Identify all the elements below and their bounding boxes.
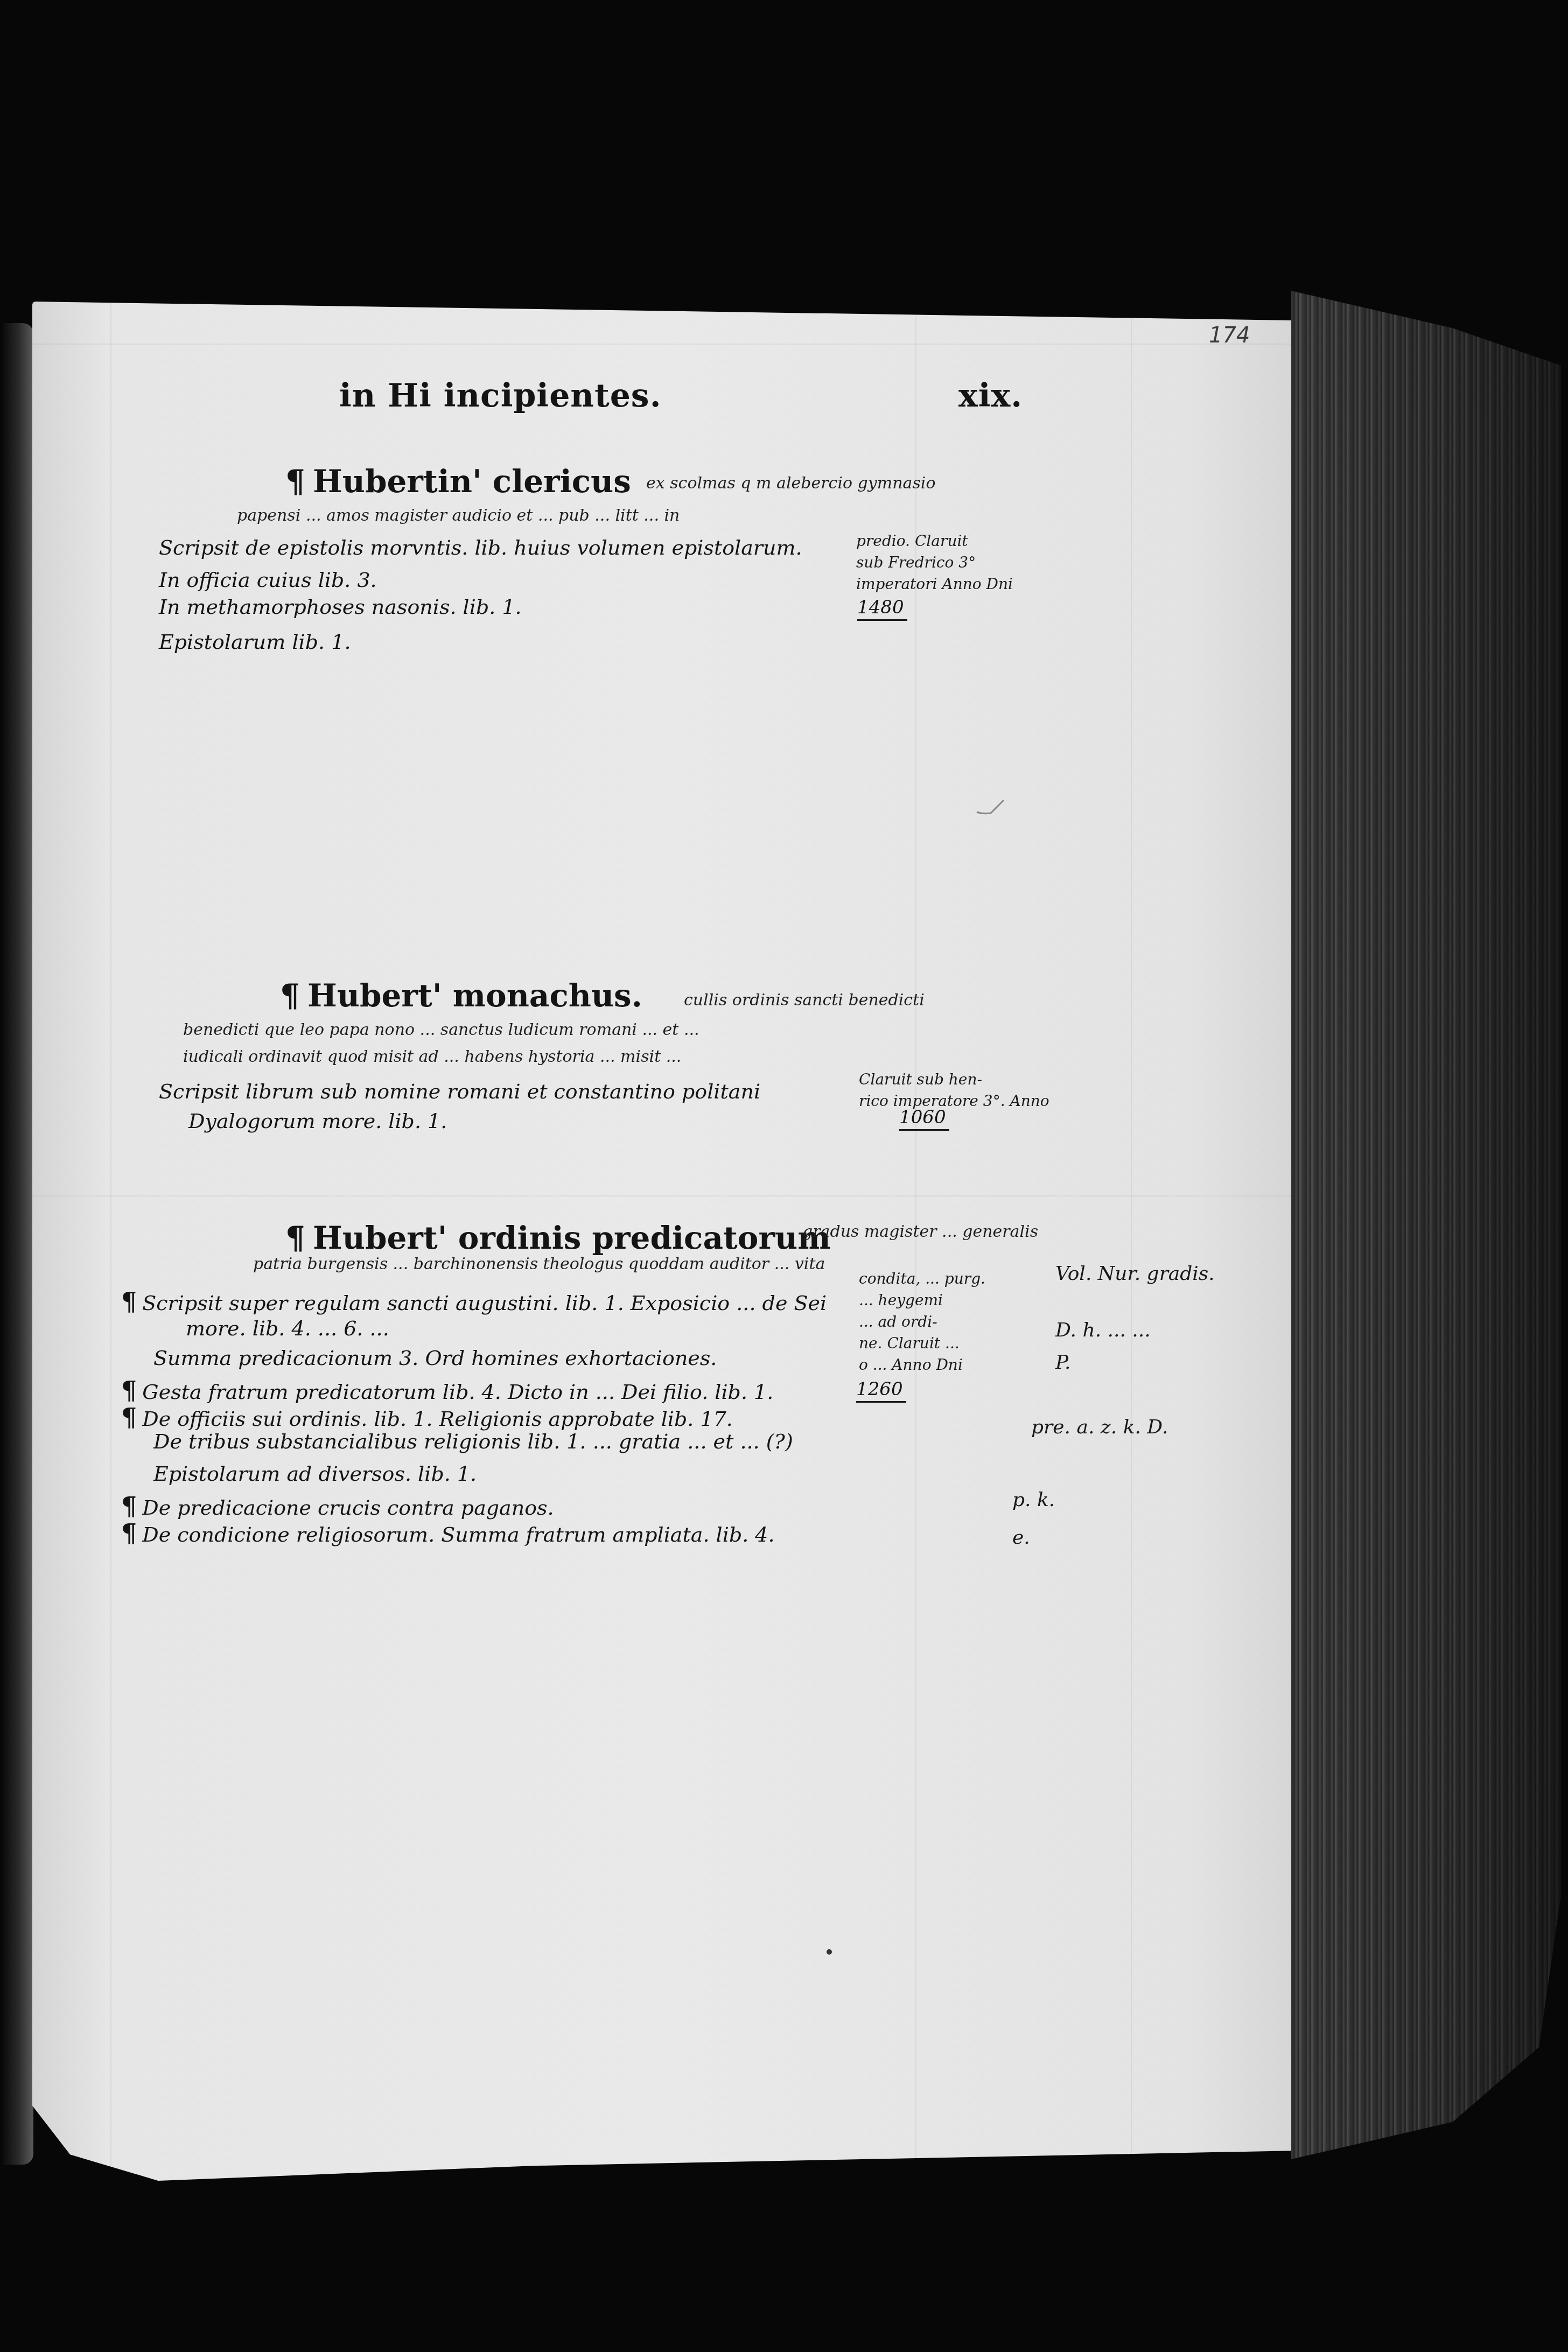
far-margin-note: e.	[1012, 1527, 1030, 1549]
pilcrow-icon: ¶	[285, 1220, 305, 1256]
work-line: ¶Gesta fratrum predicatorum lib. 4. Dict…	[121, 1376, 773, 1405]
margin-note: condita, ... purg. ... heygemi ... ad or…	[859, 1268, 985, 1376]
far-margin-note: Vol. Nur. gradis.	[1055, 1263, 1215, 1285]
entry-heading: ¶Hubert' ordinis predicatorum	[285, 1220, 831, 1256]
pilcrow-icon: ¶	[285, 463, 305, 500]
work-line: Summa predicacionum 3. Ord homines exhor…	[153, 1346, 717, 1370]
entry-gloss: papensi ... amos magister audicio et ...…	[237, 506, 680, 525]
margin-note-line: predio. Claruit	[856, 530, 1013, 552]
work-line: In officia cuius lib. 3.	[159, 568, 377, 592]
work-line: Epistolarum lib. 1.	[159, 630, 351, 654]
margin-note: Claruit sub hen- rico imperatore 3°. Ann…	[859, 1069, 1049, 1112]
work-line-text: Scripsit super regulam sancti augustini.…	[142, 1291, 827, 1315]
margin-note-line: ne. Claruit ...	[859, 1333, 985, 1354]
pilcrow-icon: ¶	[121, 1287, 137, 1316]
pen-stroke-mark	[975, 797, 1007, 818]
ink-dot	[827, 1949, 832, 1955]
margin-note: predio. Claruit sub Fredrico 3° imperato…	[856, 530, 1013, 595]
pilcrow-icon: ¶	[121, 1376, 137, 1405]
work-line: De tribus substancialibus religionis lib…	[153, 1430, 793, 1453]
entry-gloss: ex scolmas q m alebercio gymnasio	[646, 474, 935, 493]
margin-note-line: imperatori Anno Dni	[856, 573, 1013, 595]
far-margin-note: pre. a. z. k. D.	[1031, 1416, 1168, 1438]
photograph-background: in Hi incipientes. xix. 174 ¶Hubertin' c…	[0, 0, 1568, 2352]
margin-note-line: Claruit sub hen-	[859, 1069, 1049, 1090]
work-line: ¶De condicione religiosorum. Summa fratr…	[121, 1518, 775, 1548]
fore-edge-shadow	[1291, 291, 1560, 2159]
pilcrow-icon: ¶	[121, 1518, 137, 1548]
ruling-line	[32, 344, 1291, 345]
work-line: Scripsit de epistolis morvntis. lib. hui…	[159, 536, 802, 559]
entry-heading-text: Hubert' ordinis predicatorum	[313, 1220, 831, 1256]
pilcrow-icon: ¶	[280, 977, 300, 1014]
work-line: ¶Scripsit super regulam sancti augustini…	[121, 1287, 827, 1316]
running-title: in Hi incipientes.	[339, 377, 662, 415]
entry-gloss: gradus magister ... generalis	[802, 1222, 1038, 1241]
far-margin-note: p. k.	[1012, 1489, 1055, 1511]
entry-gloss: cullis ordinis sancti benedicti	[684, 991, 925, 1010]
leaf-number: xix.	[958, 377, 1023, 415]
work-line-text: De condicione religiosorum. Summa fratru…	[142, 1523, 774, 1546]
work-line-text: De officiis sui ordinis. lib. 1. Religio…	[142, 1407, 733, 1431]
date-mark: 1480	[857, 597, 907, 621]
margin-note-line: rico imperatore 3°. Anno	[859, 1090, 1049, 1112]
pilcrow-icon: ¶	[121, 1492, 137, 1521]
work-line: ¶De officiis sui ordinis. lib. 1. Religi…	[121, 1403, 733, 1432]
margin-note-line: sub Fredrico 3°	[856, 552, 1013, 573]
left-binding-edge	[0, 323, 33, 2165]
folio-number: 174	[1209, 323, 1250, 348]
ruling-line	[1131, 302, 1132, 2181]
work-line: Dyalogorum more. lib. 1.	[188, 1109, 447, 1133]
pilcrow-icon: ¶	[121, 1403, 137, 1432]
work-line-text: De predicacione crucis contra paganos.	[142, 1496, 554, 1520]
ruling-line	[32, 1195, 1291, 1196]
work-line: ¶De predicacione crucis contra paganos.	[121, 1492, 554, 1521]
margin-note-line: o ... Anno Dni	[859, 1354, 985, 1376]
date-mark: 1260	[856, 1378, 906, 1403]
margin-note-line: ... heygemi	[859, 1290, 985, 1311]
entry-heading-text: Hubert' monachus.	[307, 977, 642, 1014]
entry-gloss: benedicti que leo papa nono ... sanctus …	[183, 1020, 699, 1039]
work-line: Scripsit librum sub nomine romani et con…	[159, 1080, 760, 1103]
entry-heading: ¶Hubertin' clericus	[285, 463, 631, 500]
far-margin-note: P.	[1055, 1352, 1070, 1374]
entry-gloss: iudicali ordinavit quod misit ad ... hab…	[183, 1047, 681, 1066]
entry-heading: ¶Hubert' monachus.	[280, 977, 642, 1014]
margin-note-line: condita, ... purg.	[859, 1268, 985, 1290]
date-mark: 1060	[899, 1107, 949, 1131]
work-line: more. lib. 4. ... 6. ...	[186, 1317, 389, 1340]
work-line: Epistolarum ad diversos. lib. 1.	[153, 1462, 477, 1486]
ruling-line	[110, 302, 111, 2181]
entry-heading-text: Hubertin' clericus	[313, 463, 631, 500]
work-line-text: Gesta fratrum predicatorum lib. 4. Dicto…	[142, 1380, 773, 1404]
entry-gloss: patria burgensis ... barchinonensis theo…	[253, 1255, 825, 1273]
far-margin-note: D. h. ... ...	[1055, 1319, 1151, 1341]
margin-note-line: ... ad ordi-	[859, 1311, 985, 1333]
work-line: In methamorphoses nasonis. lib. 1.	[159, 595, 522, 619]
